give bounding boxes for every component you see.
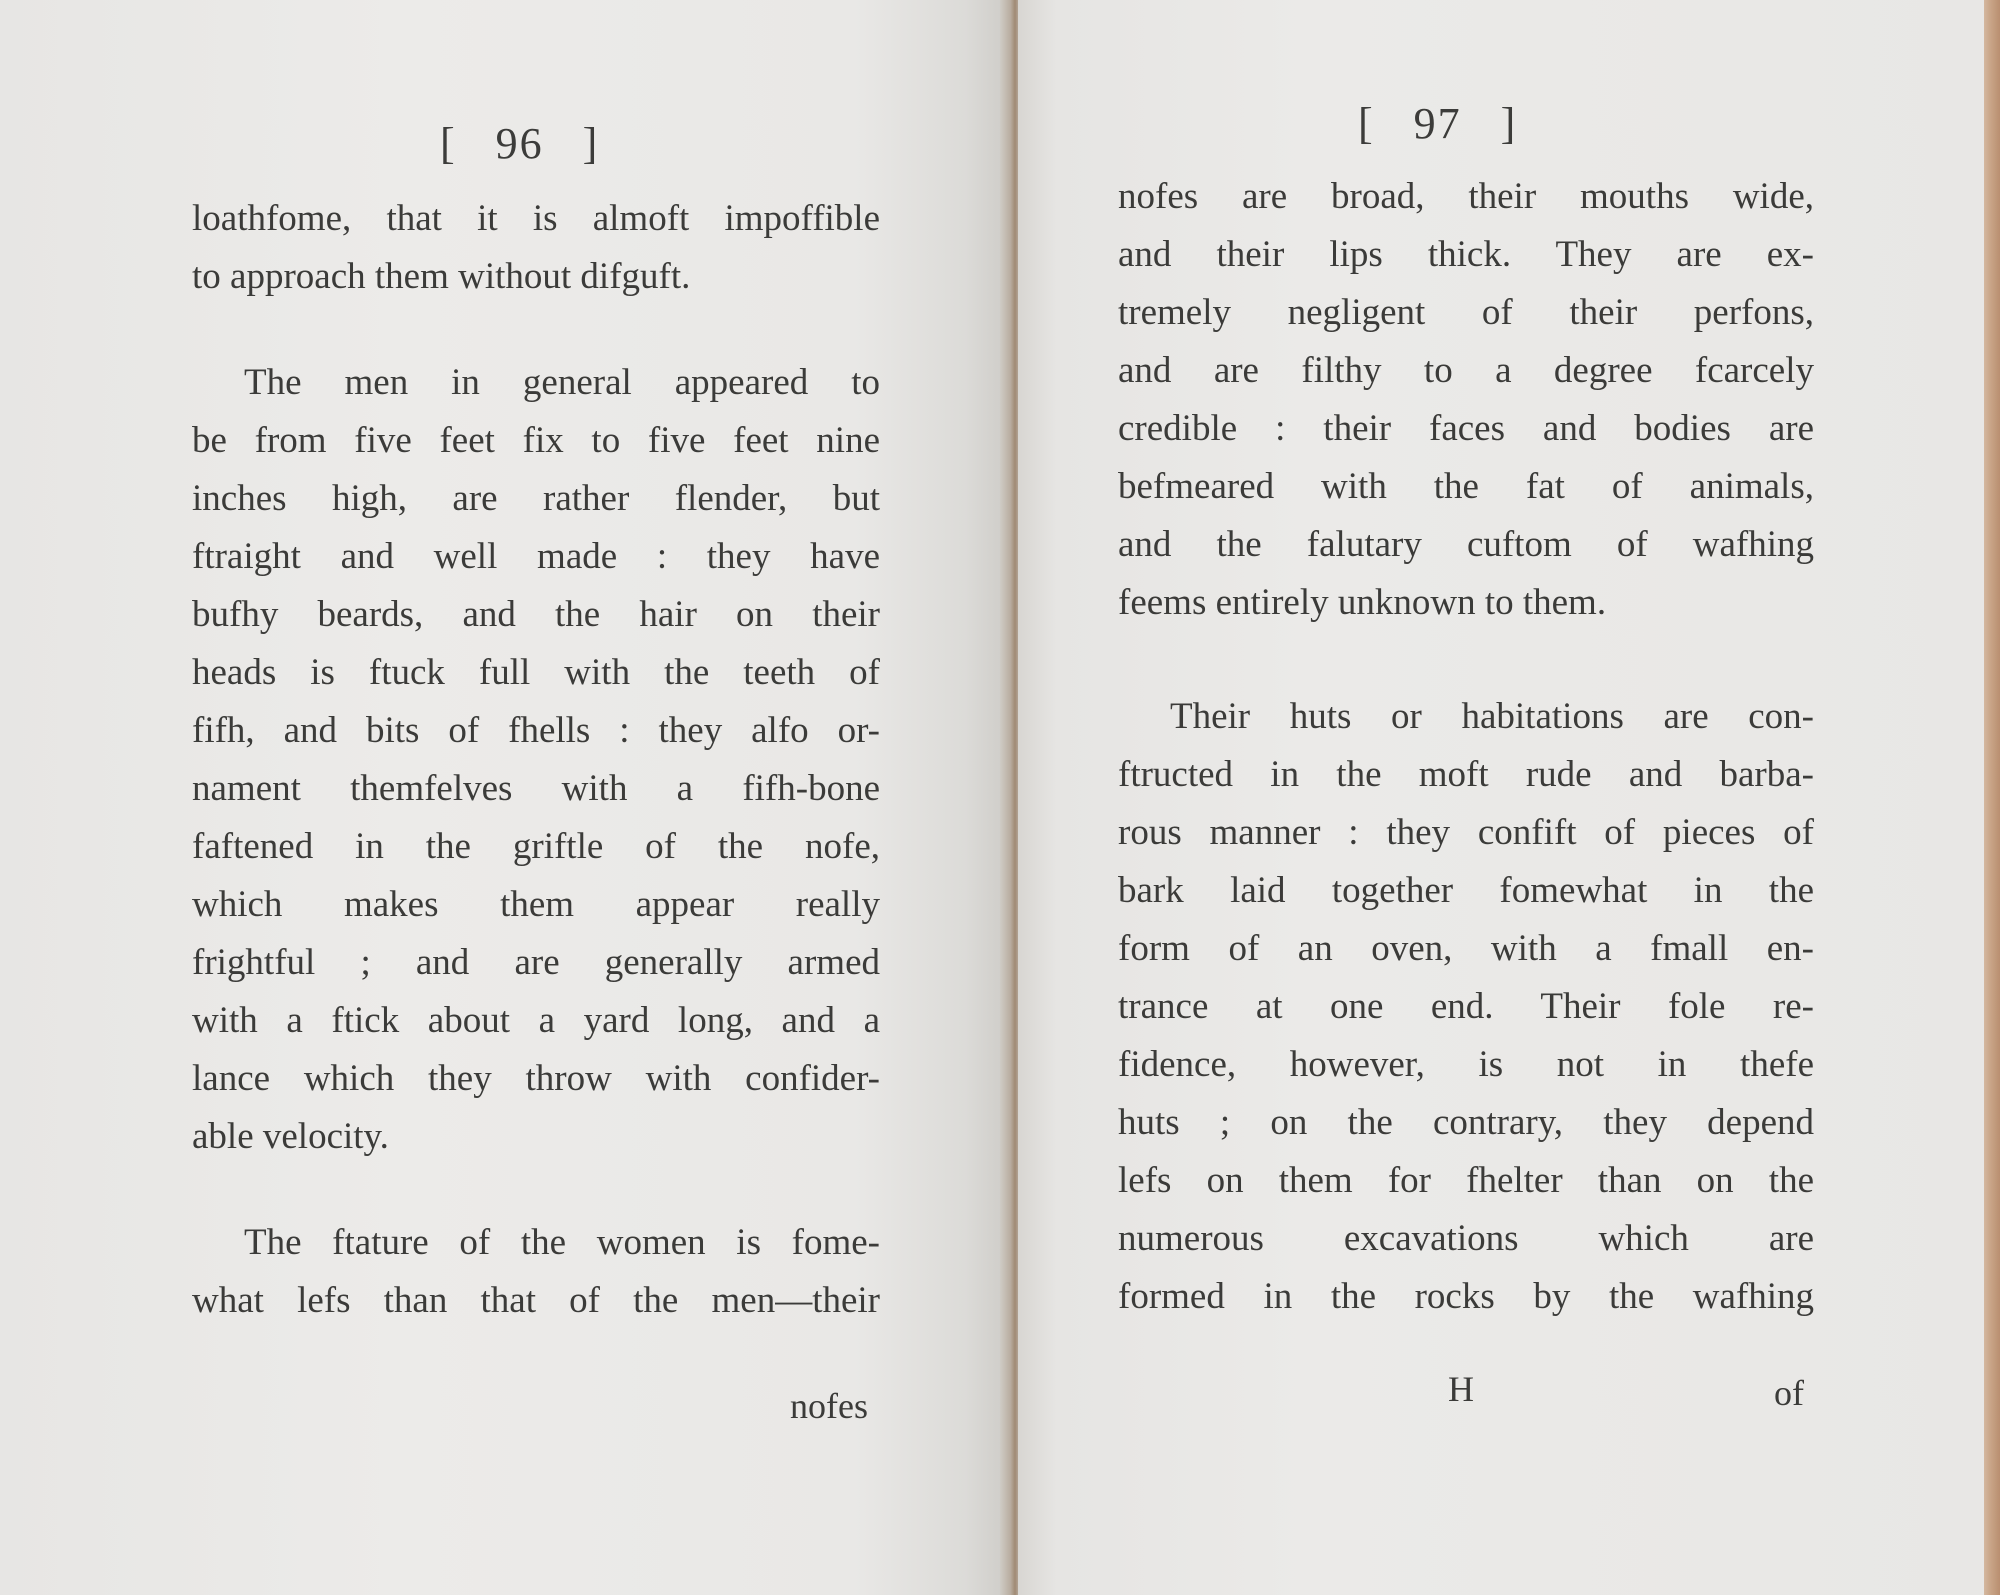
text-line: ftraight and well made : they have [192, 528, 880, 586]
paragraph: The men in general appeared to be from f… [192, 354, 880, 1166]
text-line: lance which they throw with confider- [192, 1050, 880, 1108]
text-line: rous manner : they confift of pieces of [1118, 804, 1814, 862]
left-page: [ 96 ] loathfome, that it is almoft impo… [0, 0, 1005, 1595]
page-number-right: [ 97 ] [1358, 98, 1517, 149]
text-line: Their huts or habitations are con- [1118, 688, 1814, 746]
text-line: frightful ; and are generally armed [192, 934, 880, 992]
right-page-text: nofes are broad, their mouths wide, and … [1118, 168, 1814, 1326]
paragraph: Their huts or habitations are con- ftruc… [1118, 688, 1814, 1326]
text-line: ftructed in the moft rude and barba- [1118, 746, 1814, 804]
text-line: which makes them appear really [192, 876, 880, 934]
text-line: and are filthy to a degree fcarcely [1118, 342, 1814, 400]
paragraph: The ftature of the women is fome- what l… [192, 1214, 880, 1330]
text-line: befmeared with the fat of animals, [1118, 458, 1814, 516]
paragraph: loathfome, that it is almoft impoffible … [192, 190, 880, 306]
text-line: The men in general appeared to [192, 354, 880, 412]
text-line: huts ; on the contrary, they depend [1118, 1094, 1814, 1152]
text-line: feems entirely unknown to them. [1118, 574, 1814, 632]
text-line: numerous excavations which are [1118, 1210, 1814, 1268]
text-line: fifh, and bits of fhells : they alfo or- [192, 702, 880, 760]
catchword-left: nofes [790, 1385, 868, 1427]
text-line: inches high, are rather flender, but [192, 470, 880, 528]
page-number-left: [ 96 ] [440, 118, 599, 169]
text-line: faftened in the griftle of the nofe, [192, 818, 880, 876]
text-line: credible : their faces and bodies are [1118, 400, 1814, 458]
text-line: The ftature of the women is fome- [192, 1214, 880, 1272]
text-line: lefs on them for fhelter than on the [1118, 1152, 1814, 1210]
paragraph: nofes are broad, their mouths wide, and … [1118, 168, 1814, 632]
text-line: form of an oven, with a fmall en- [1118, 920, 1814, 978]
text-line: with a ftick about a yard long, and a [192, 992, 880, 1050]
text-line: what lefs than that of the men—their [192, 1272, 880, 1330]
text-line: nofes are broad, their mouths wide, [1118, 168, 1814, 226]
signature-mark: H [1448, 1368, 1474, 1410]
text-line: and their lips thick. They are ex- [1118, 226, 1814, 284]
text-line: loathfome, that it is almoft impoffible [192, 190, 880, 248]
text-line: able velocity. [192, 1108, 880, 1166]
text-line: bufhy beards, and the hair on their [192, 586, 880, 644]
text-line: heads is ftuck full with the teeth of [192, 644, 880, 702]
page-edge [1984, 0, 2000, 1595]
text-line: tremely negligent of their perfons, [1118, 284, 1814, 342]
text-line: bark laid together fomewhat in the [1118, 862, 1814, 920]
book-spread: [ 96 ] loathfome, that it is almoft impo… [0, 0, 2000, 1595]
catchword-right: of [1774, 1372, 1804, 1414]
left-page-text: loathfome, that it is almoft impoffible … [192, 190, 880, 1330]
text-line: formed in the rocks by the wafhing [1118, 1268, 1814, 1326]
text-line: trance at one end. Their fole re- [1118, 978, 1814, 1036]
text-line: and the falutary cuftom of wafhing [1118, 516, 1814, 574]
text-line: be from five feet fix to five feet nine [192, 412, 880, 470]
text-line: to approach them without difguft. [192, 248, 880, 306]
text-line: fidence, however, is not in thefe [1118, 1036, 1814, 1094]
right-page: [ 97 ] nofes are broad, their mouths wid… [1018, 0, 1984, 1595]
text-line: nament themfelves with a fifh-bone [192, 760, 880, 818]
